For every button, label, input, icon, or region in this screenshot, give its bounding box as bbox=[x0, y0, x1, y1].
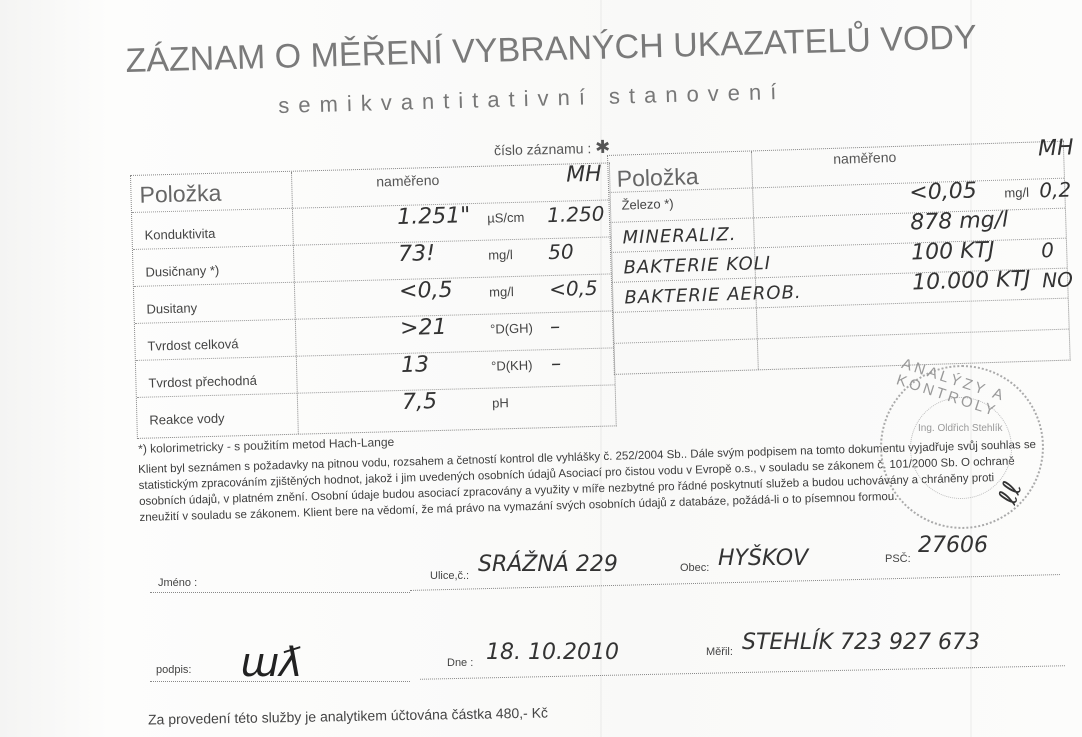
date-label: Dne : bbox=[447, 657, 473, 669]
row-label: MINERALIZ. bbox=[622, 224, 736, 249]
stamp-name: Ing. Oldřich Stehlík bbox=[918, 423, 1002, 434]
header-limit: MH bbox=[566, 162, 602, 188]
row-value: 7,5 bbox=[402, 389, 438, 415]
name-field[interactable] bbox=[150, 592, 410, 593]
header-measured: naměřeno bbox=[833, 149, 897, 167]
scanned-form: ZÁZNAM O MĚŘENÍ VYBRANÝCH UKAZATELŮ VODY… bbox=[0, 0, 1082, 737]
row-unit: mg/l bbox=[1004, 185, 1029, 201]
row-label: Reakce vody bbox=[149, 411, 225, 428]
row-limit: 50 bbox=[548, 239, 574, 264]
row-unit: mg/l bbox=[488, 247, 513, 263]
row-label: Konduktivita bbox=[144, 226, 215, 243]
row-limit: 0,2 bbox=[1039, 177, 1072, 202]
record-number-label: číslo záznamu : bbox=[494, 140, 592, 158]
record-number: číslo záznamu : ✱ bbox=[494, 137, 611, 160]
row-unit: °D(KH) bbox=[491, 358, 533, 374]
date-value[interactable]: 18. 10.2010 bbox=[486, 640, 619, 665]
row-unit: mg/l bbox=[489, 284, 514, 300]
measurement-table-right: Položka naměřeno MH Železo *)<0,05mg/l0,… bbox=[607, 141, 1071, 375]
name-label: Jméno : bbox=[158, 577, 197, 589]
document-subtitle: semikvantitativní stanovení bbox=[278, 79, 786, 119]
city-value[interactable]: HYŠKOV bbox=[718, 546, 808, 571]
row-unit: °D(GH) bbox=[490, 321, 533, 337]
row-label: Dusičnany *) bbox=[145, 263, 219, 280]
client-signature: ɯƛ bbox=[240, 640, 303, 686]
row-unit: µS/cm bbox=[487, 210, 524, 226]
measured-by-value[interactable]: STEHLÍK 723 927 673 bbox=[742, 630, 980, 655]
header-item: Položka bbox=[616, 163, 699, 193]
row-value: 13 bbox=[401, 352, 430, 378]
footnote: *) kolorimetricky - s použitím metod Hac… bbox=[138, 435, 394, 456]
row-value: 1.251" bbox=[397, 203, 471, 230]
fee-text: Za provedení této služby je analytikem ú… bbox=[148, 705, 492, 727]
row-value: 100 KTJ bbox=[911, 238, 995, 266]
row-limit: <0,5 bbox=[549, 276, 598, 301]
street-value[interactable]: SRÁŽNÁ 229 bbox=[478, 552, 618, 577]
measurement-table-left: Položka naměřeno MH Konduktivita1.251"µS… bbox=[130, 162, 617, 438]
signature-label: podpis: bbox=[156, 664, 191, 676]
row-limit: – bbox=[550, 314, 561, 338]
fee-amount: 480,- Kč bbox=[496, 705, 548, 722]
city-label: Obec: bbox=[680, 562, 709, 574]
measured-by-label: Měřil: bbox=[706, 646, 733, 658]
date-line bbox=[420, 665, 1065, 680]
row-value: 878 mg/l bbox=[910, 207, 1009, 235]
row-label: Tvrdost celková bbox=[147, 336, 238, 353]
row-value: <0,5 bbox=[399, 278, 453, 304]
row-limit: NO bbox=[1042, 267, 1073, 292]
row-limit: – bbox=[551, 351, 562, 375]
zip-label: PSČ: bbox=[885, 553, 911, 565]
row-value: 10.000 KTJ bbox=[912, 267, 1031, 296]
zip-value[interactable]: 27606 bbox=[918, 533, 988, 558]
row-value: >21 bbox=[400, 315, 447, 341]
row-label: Dusitany bbox=[146, 300, 197, 316]
row-unit: pH bbox=[492, 395, 509, 410]
fee-note: Za provedení této služby je analytikem ú… bbox=[148, 705, 548, 728]
document-title: ZÁZNAM O MĚŘENÍ VYBRANÝCH UKAZATELŮ VODY bbox=[125, 16, 1046, 81]
row-limit: 0 bbox=[1041, 238, 1054, 262]
row-limit: 1.250 bbox=[547, 202, 605, 227]
header-item: Položka bbox=[139, 180, 222, 209]
street-label: Ulice,č.: bbox=[430, 570, 469, 582]
row-value: <0,05 bbox=[909, 178, 977, 205]
row-label: Tvrdost přechodná bbox=[148, 373, 257, 391]
header-limit: MH bbox=[1038, 135, 1074, 161]
row-label: Železo *) bbox=[621, 196, 673, 213]
row-value: 73! bbox=[398, 241, 435, 267]
header-measured: naměřeno bbox=[376, 172, 439, 190]
